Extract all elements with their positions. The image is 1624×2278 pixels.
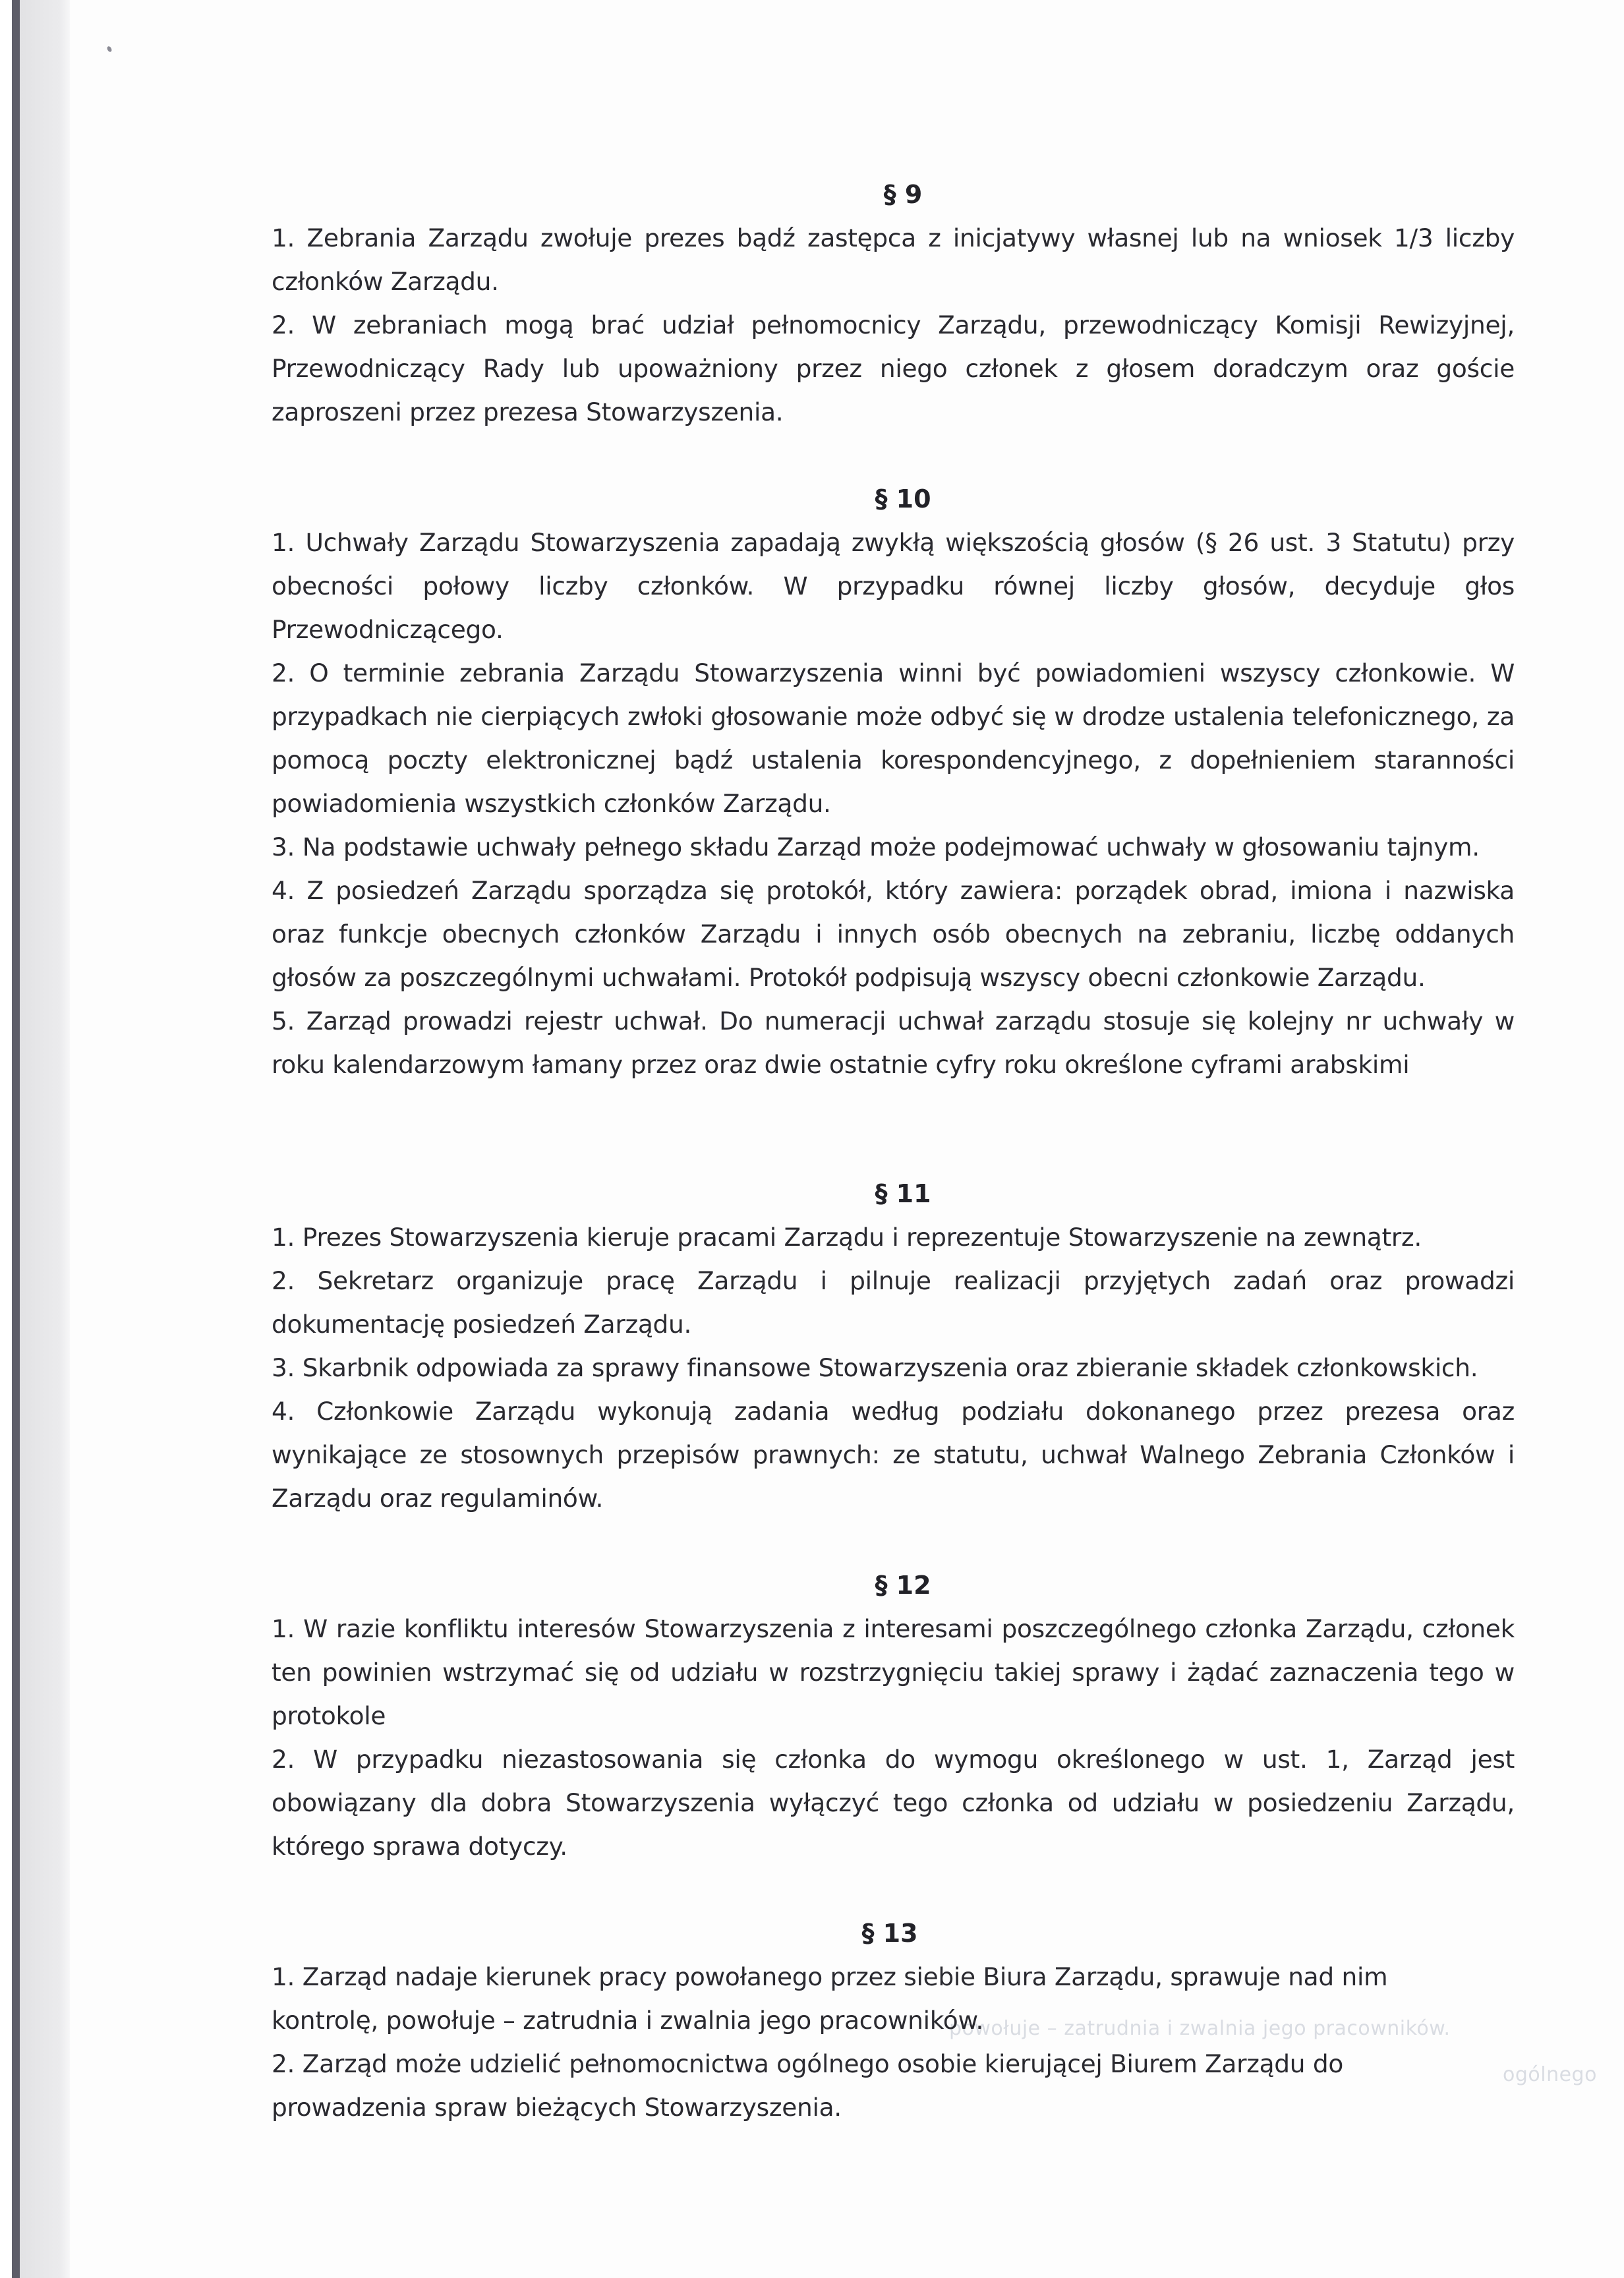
section-10: § 10 1. Uchwały Zarządu Stowarzyszenia z… xyxy=(272,477,1515,1086)
section-title: § 11 xyxy=(272,1172,1515,1215)
section-12: § 12 1. W razie konfliktu interesów Stow… xyxy=(272,1563,1515,1868)
paragraph: 1. W razie konfliktu interesów Stowarzys… xyxy=(272,1607,1515,1738)
paragraph: 2. W zebraniach mogą brać udział pełnomo… xyxy=(272,303,1515,434)
section-title: § 12 xyxy=(272,1563,1515,1607)
scan-shadow xyxy=(20,0,70,2278)
paragraph: 2. Zarząd może udzielić pełnomocnictwa o… xyxy=(272,2042,1488,2129)
paragraph: 1. Uchwały Zarządu Stowarzyszenia zapada… xyxy=(272,521,1515,651)
bleed-through-text: ogólnego xyxy=(1503,2063,1597,2086)
scan-speck xyxy=(106,45,113,53)
spacer xyxy=(272,1086,1515,1172)
paragraph: 1. Zebrania Zarządu zwołuje prezes bądź … xyxy=(272,216,1515,303)
spacer xyxy=(272,434,1515,477)
scan-border xyxy=(12,0,20,2278)
paragraph: 3. Na podstawie uchwały pełnego składu Z… xyxy=(272,825,1515,869)
paragraph: 5. Zarząd prowadzi rejestr uchwał. Do nu… xyxy=(272,999,1515,1086)
spacer xyxy=(272,1520,1515,1563)
spacer xyxy=(272,1868,1515,1912)
section-9: § 9 1. Zebrania Zarządu zwołuje prezes b… xyxy=(272,173,1515,434)
paragraph: 4. Członkowie Zarządu wykonują zadania w… xyxy=(272,1389,1515,1520)
paragraph: 2. W przypadku niezastosowania się człon… xyxy=(272,1738,1515,1868)
section-title: § 10 xyxy=(272,477,1515,521)
paragraph: 1. Prezes Stowarzyszenia kieruje pracami… xyxy=(272,1215,1515,1259)
paragraph: 3. Skarbnik odpowiada za sprawy finansow… xyxy=(272,1346,1515,1389)
paragraph: 4. Z posiedzeń Zarządu sporządza się pro… xyxy=(272,869,1515,999)
section-11: § 11 1. Prezes Stowarzyszenia kieruje pr… xyxy=(272,1172,1515,1520)
document-page: § 9 1. Zebrania Zarządu zwołuje prezes b… xyxy=(272,173,1515,2129)
paragraph: 2. O terminie zebrania Zarządu Stowarzys… xyxy=(272,651,1515,825)
section-title: § 9 xyxy=(272,173,1515,216)
paragraph: 2. Sekretarz organizuje pracę Zarządu i … xyxy=(272,1259,1515,1346)
scan-edge xyxy=(0,0,12,2278)
section-13: § 13 1. Zarząd nadaje kierunek pracy pow… xyxy=(272,1912,1488,2129)
section-title: § 13 xyxy=(272,1912,1488,1955)
paragraph: 1. Zarząd nadaje kierunek pracy powołane… xyxy=(272,1955,1488,2042)
